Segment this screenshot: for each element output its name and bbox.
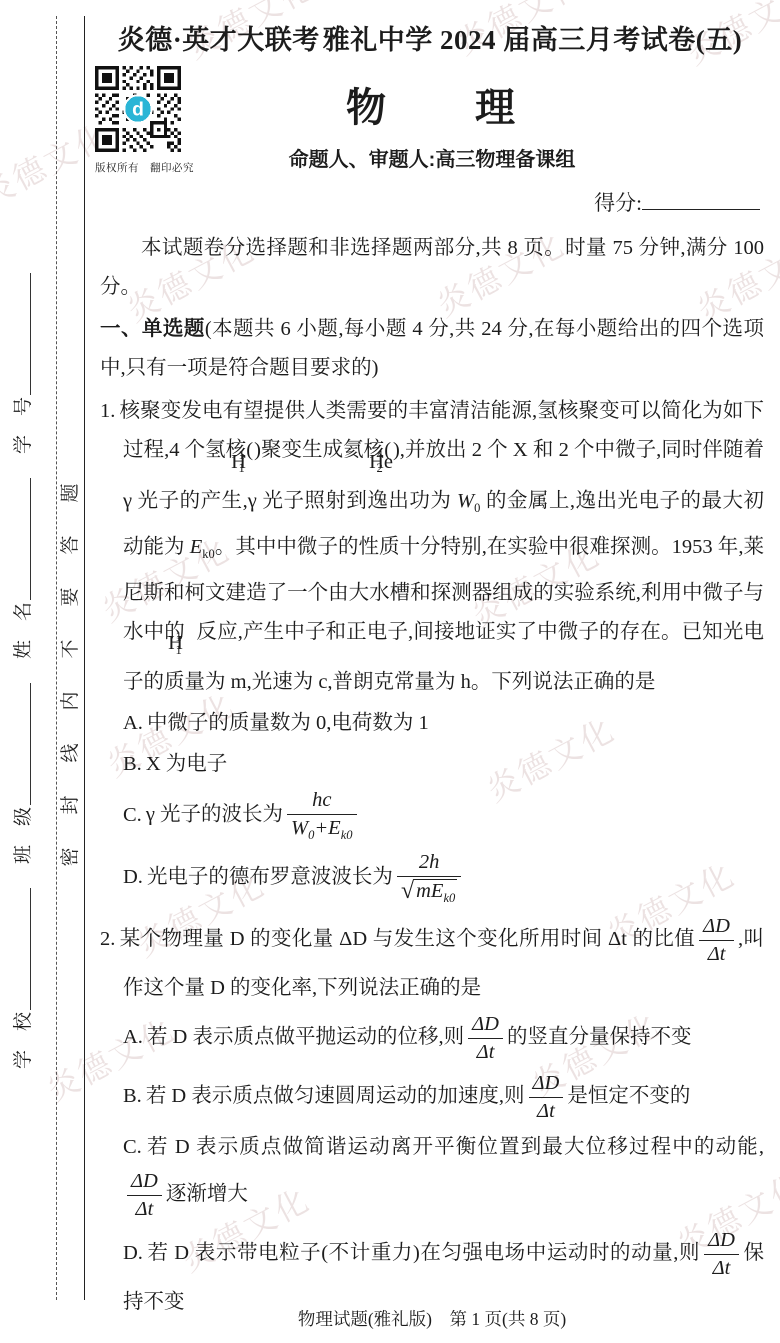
fraction-denominator: Δt: [704, 1255, 739, 1281]
score-label: 得分:: [594, 191, 642, 215]
rate-fraction: ΔDΔt: [127, 1169, 162, 1222]
seal-solid-line: [84, 16, 85, 1300]
option-text: 光电子的德布罗意波波长为: [147, 866, 393, 888]
option-text: 是恒定不变的: [567, 1085, 690, 1107]
section-title: 一、单选题: [100, 317, 205, 340]
option-text: 的竖直分量保持不变: [507, 1026, 692, 1048]
fraction-numerator: ΔD: [699, 914, 734, 941]
question-1-option-d: D.光电子的德布罗意波波长为2h√mEk0: [123, 848, 764, 908]
question-1-option-a: A.中微子的质量数为 0,电荷数为 1: [123, 704, 764, 743]
variable: W: [291, 817, 308, 839]
student-id-label: 学 号: [14, 397, 35, 454]
question-2: 2.某个物理量 D 的变化量 ΔD 与发生这个变化所用时间 Δt 的比值ΔDΔt…: [100, 912, 764, 1322]
class-field: 班 级: [14, 683, 35, 864]
student-id-blank-line: [27, 273, 31, 395]
work-function-symbol: W0: [457, 490, 480, 512]
question-number: 2.: [100, 928, 119, 950]
fraction-denominator: Δt: [699, 941, 734, 967]
seal-fields: 学 校 班 级 姓 名 学 号: [3, 16, 45, 1301]
section-heading: 一、单选题(本题共 6 小题,每小题 4 分,共 24 分,在每小题给出的四个选…: [100, 309, 764, 388]
option-label: A.: [123, 712, 147, 734]
school-blank-line: [27, 888, 31, 1010]
subscript: k0: [341, 829, 353, 843]
stem-text: 反应,产生中子和正电子,间接地证实了中微子的存在。已知光电子的质量为 m,光速为…: [123, 621, 764, 694]
name-label: 姓 名: [14, 602, 35, 659]
fraction-numerator: ΔD: [468, 1012, 503, 1039]
option-text: 若 D 表示质点做匀速圆周运动的加速度,则: [146, 1085, 525, 1107]
fraction-denominator: Δt: [468, 1039, 503, 1065]
fraction-denominator: W0+Ek0: [287, 815, 357, 843]
rate-fraction: ΔDΔt: [699, 914, 734, 967]
variable: mE: [416, 880, 443, 902]
page-footer: 物理试题(雅礼版) 第 1 页(共 8 页): [100, 1306, 764, 1331]
option-text: X 为电子: [146, 753, 227, 775]
option-text: 若 D 表示质点做简谐运动离开平衡位置到最大位移过程中的动能,: [146, 1136, 764, 1158]
option-label: C.: [123, 1136, 146, 1158]
rate-fraction: ΔDΔt: [468, 1012, 503, 1065]
option-label: D.: [123, 866, 147, 888]
fraction-numerator: hc: [287, 788, 357, 815]
fraction-numerator: 2h: [397, 850, 461, 877]
fraction-numerator: ΔD: [529, 1071, 564, 1098]
fraction-denominator: Δt: [127, 1196, 162, 1222]
class-blank-line: [27, 683, 31, 805]
question-2-stem: 2.某个物理量 D 的变化量 ΔD 与发生这个变化所用时间 Δt 的比值ΔDΔt…: [100, 912, 764, 1008]
subscript: k0: [443, 891, 455, 905]
question-number: 1.: [100, 400, 119, 422]
question-1-option-c: C.γ 光子的波长为hcW0+Ek0: [123, 786, 764, 845]
subscript: k0: [202, 547, 215, 561]
question-1-stem: 1.核聚变发电有望提供人类需要的丰富清洁能源,氢核聚变可以简化为如下过程,4 个…: [100, 392, 764, 702]
radical-sign: √: [401, 878, 414, 904]
exam-brand: 炎德·英才大联考: [118, 25, 320, 55]
option-text: 若 D 表示带电粒子(不计重力)在匀强电场中运动时的动量,则: [147, 1242, 700, 1264]
question-2-option-a: A.若 D 表示质点做平抛运动的位移,则ΔDΔt的竖直分量保持不变: [123, 1010, 764, 1067]
fraction-denominator: Δt: [529, 1098, 564, 1124]
seal-warning-text: 密封线内不要答题: [58, 16, 84, 1301]
question-1-option-b: B.X 为电子: [123, 745, 764, 784]
exam-title-rest: 雅礼中学 2024 届高三月考试卷(五): [323, 25, 742, 55]
intro-paragraph: 本试题卷分选择题和非选择题两部分,共 8 页。时量 75 分钟,满分 100 分…: [100, 229, 764, 307]
option-text: 若 D 表示质点做平抛运动的位移,则: [147, 1026, 464, 1048]
option-label: A.: [123, 1026, 147, 1048]
radicand: mEk0: [414, 879, 457, 902]
question-2-option-c: C.若 D 表示质点做简谐运动离开平衡位置到最大位移过程中的动能,ΔDΔt逐渐增…: [123, 1128, 764, 1224]
name-field: 姓 名: [14, 478, 35, 659]
school-label: 学 校: [14, 1012, 35, 1069]
option-text: γ 光子的波长为: [146, 804, 283, 826]
variable: E: [190, 536, 203, 558]
fraction-numerator: ΔD: [127, 1169, 162, 1196]
subject-title: 物 理: [100, 76, 764, 133]
plus-sign: +: [314, 817, 328, 839]
kinetic-energy-symbol: Ek0: [190, 536, 215, 558]
question-1: 1.核聚变发电有望提供人类需要的丰富清洁能源,氢核聚变可以简化为如下过程,4 个…: [100, 392, 764, 908]
option-text: 逐渐增大: [166, 1183, 248, 1205]
score-row: 得分:: [100, 187, 760, 217]
school-field: 学 校: [14, 888, 35, 1069]
student-id-field: 学 号: [14, 273, 35, 454]
option-label: C.: [123, 804, 146, 826]
fraction-denominator: √mEk0: [397, 877, 461, 906]
setters-line: 命题人、审题人:高三物理备课组: [100, 143, 764, 172]
seal-dashed-line: [56, 16, 57, 1300]
option-text: 中微子的质量数为 0,电荷数为 1: [147, 712, 429, 734]
option-label: B.: [123, 753, 146, 775]
option-label: B.: [123, 1085, 146, 1107]
rate-fraction: ΔDΔt: [529, 1071, 564, 1124]
de-broglie-fraction: 2h√mEk0: [397, 850, 461, 906]
exam-body: 本试题卷分选择题和非选择题两部分,共 8 页。时量 75 分钟,满分 100 分…: [100, 229, 764, 1322]
exam-title: 炎德·英才大联考雅礼中学 2024 届高三月考试卷(五): [96, 18, 764, 57]
stem-text: 某个物理量 D 的变化量 ΔD 与发生这个变化所用时间 Δt 的比值: [119, 928, 695, 950]
variable: W: [457, 490, 474, 512]
score-blank-line: [642, 188, 760, 210]
rate-fraction: ΔDΔt: [704, 1228, 739, 1281]
variable: E: [328, 817, 341, 839]
exam-page: 炎德文化 炎德文化 炎德文化 炎德文化 炎德文化 炎德文化 炎德文化 炎德文化 …: [0, 0, 780, 1343]
class-label: 班 级: [14, 807, 35, 864]
name-blank-line: [27, 478, 31, 600]
wavelength-fraction: hcW0+Ek0: [287, 788, 357, 843]
fraction-numerator: ΔD: [704, 1228, 739, 1255]
option-label: D.: [123, 1242, 147, 1264]
question-2-option-b: B.若 D 表示质点做匀速圆周运动的加速度,则ΔDΔt是恒定不变的: [123, 1069, 764, 1126]
